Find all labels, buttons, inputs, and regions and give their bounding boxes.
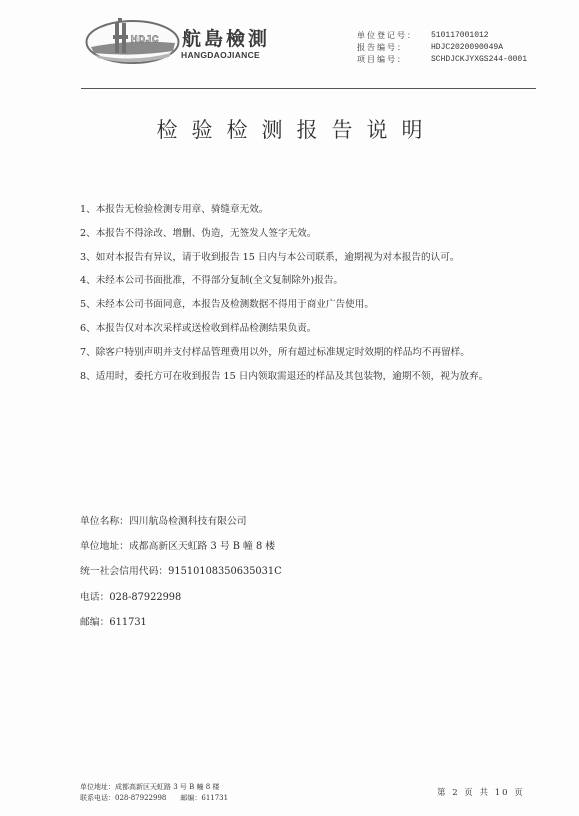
page-number: 第 2 页 共 10 页 (437, 786, 525, 798)
registration-info: 单位登记号： 510117001012 报告编号： HDJC2020090049… (357, 30, 527, 66)
brand-name-cn: 航島檢測 (182, 24, 270, 51)
project-number-label: 项目编号： (357, 54, 431, 66)
note-item: 1、本报告无检验检测专用章、骑缝章无效。 (80, 198, 488, 222)
report-number-row: 报告编号： HDJC2020090049A (357, 42, 527, 54)
page-title: 检验检测报告说明 (0, 114, 579, 144)
company-credit-code: 统一社会信用代码：91510108350635031C (80, 559, 282, 584)
footer-phone: 联系电话：028-87922998 (80, 794, 166, 802)
company-logo: HDJC (85, 17, 180, 65)
company-address: 单位地址：成都高新区天虹路 3 号 B 幢 8 楼 (80, 534, 282, 559)
project-number-value: SCHDJCKJYXGS244-0001 (431, 54, 527, 66)
header-divider (81, 88, 536, 89)
hdjc-logo-icon: HDJC (85, 17, 180, 65)
note-item: 4、未经本公司书面批准，不得部分复制(全文复制除外)报告。 (80, 269, 488, 293)
company-zip: 邮编：611731 (80, 610, 282, 635)
brand-name-en: HANGDAOJIANCE (181, 50, 260, 60)
company-phone: 电话：028-87922998 (80, 585, 282, 610)
report-number-value: HDJC2020090049A (431, 42, 503, 54)
registration-number-value: 510117001012 (431, 30, 489, 42)
note-item: 6、本报告仅对本次采样或送检收到样品检测结果负责。 (80, 317, 488, 341)
note-item: 5、未经本公司书面同意，本报告及检测数据不得用于商业广告使用。 (80, 293, 488, 317)
note-item: 8、适用时，委托方可在收到报告 15 日内领取需退还的样品及其包装物，逾期不领，… (80, 365, 488, 389)
company-info: 单位名称：四川航岛检测科技有限公司 单位地址：成都高新区天虹路 3 号 B 幢 … (80, 509, 282, 635)
footer-phone-zip-row: 联系电话：028-87922998邮编：611731 (80, 793, 228, 804)
registration-number-row: 单位登记号： 510117001012 (357, 30, 527, 42)
footer-contact: 单位地址：成都高新区天虹路 3 号 B 幢 8 楼 联系电话：028-87922… (80, 782, 228, 804)
note-item: 3、如对本报告有异议，请于收到报告 15 日内与本公司联系，逾期视为对本报告的认… (80, 246, 488, 270)
report-number-label: 报告编号： (357, 42, 431, 54)
footer-address: 单位地址：成都高新区天虹路 3 号 B 幢 8 楼 (80, 782, 228, 793)
note-item: 2、本报告不得涂改、增删、伪造，无签发人签字无效。 (80, 222, 488, 246)
company-name: 单位名称：四川航岛检测科技有限公司 (80, 509, 282, 534)
note-item: 7、除客户特别声明并支付样品管理费用以外，所有超过标准规定时效期的样品均不再留样… (80, 341, 488, 365)
project-number-row: 项目编号： SCHDJCKJYXGS244-0001 (357, 54, 527, 66)
svg-text:HDJC: HDJC (131, 34, 160, 44)
footer-zip: 邮编：611731 (180, 794, 228, 802)
registration-number-label: 单位登记号： (357, 30, 431, 42)
report-notes-list: 1、本报告无检验检测专用章、骑缝章无效。 2、本报告不得涂改、增删、伪造，无签发… (80, 198, 488, 388)
